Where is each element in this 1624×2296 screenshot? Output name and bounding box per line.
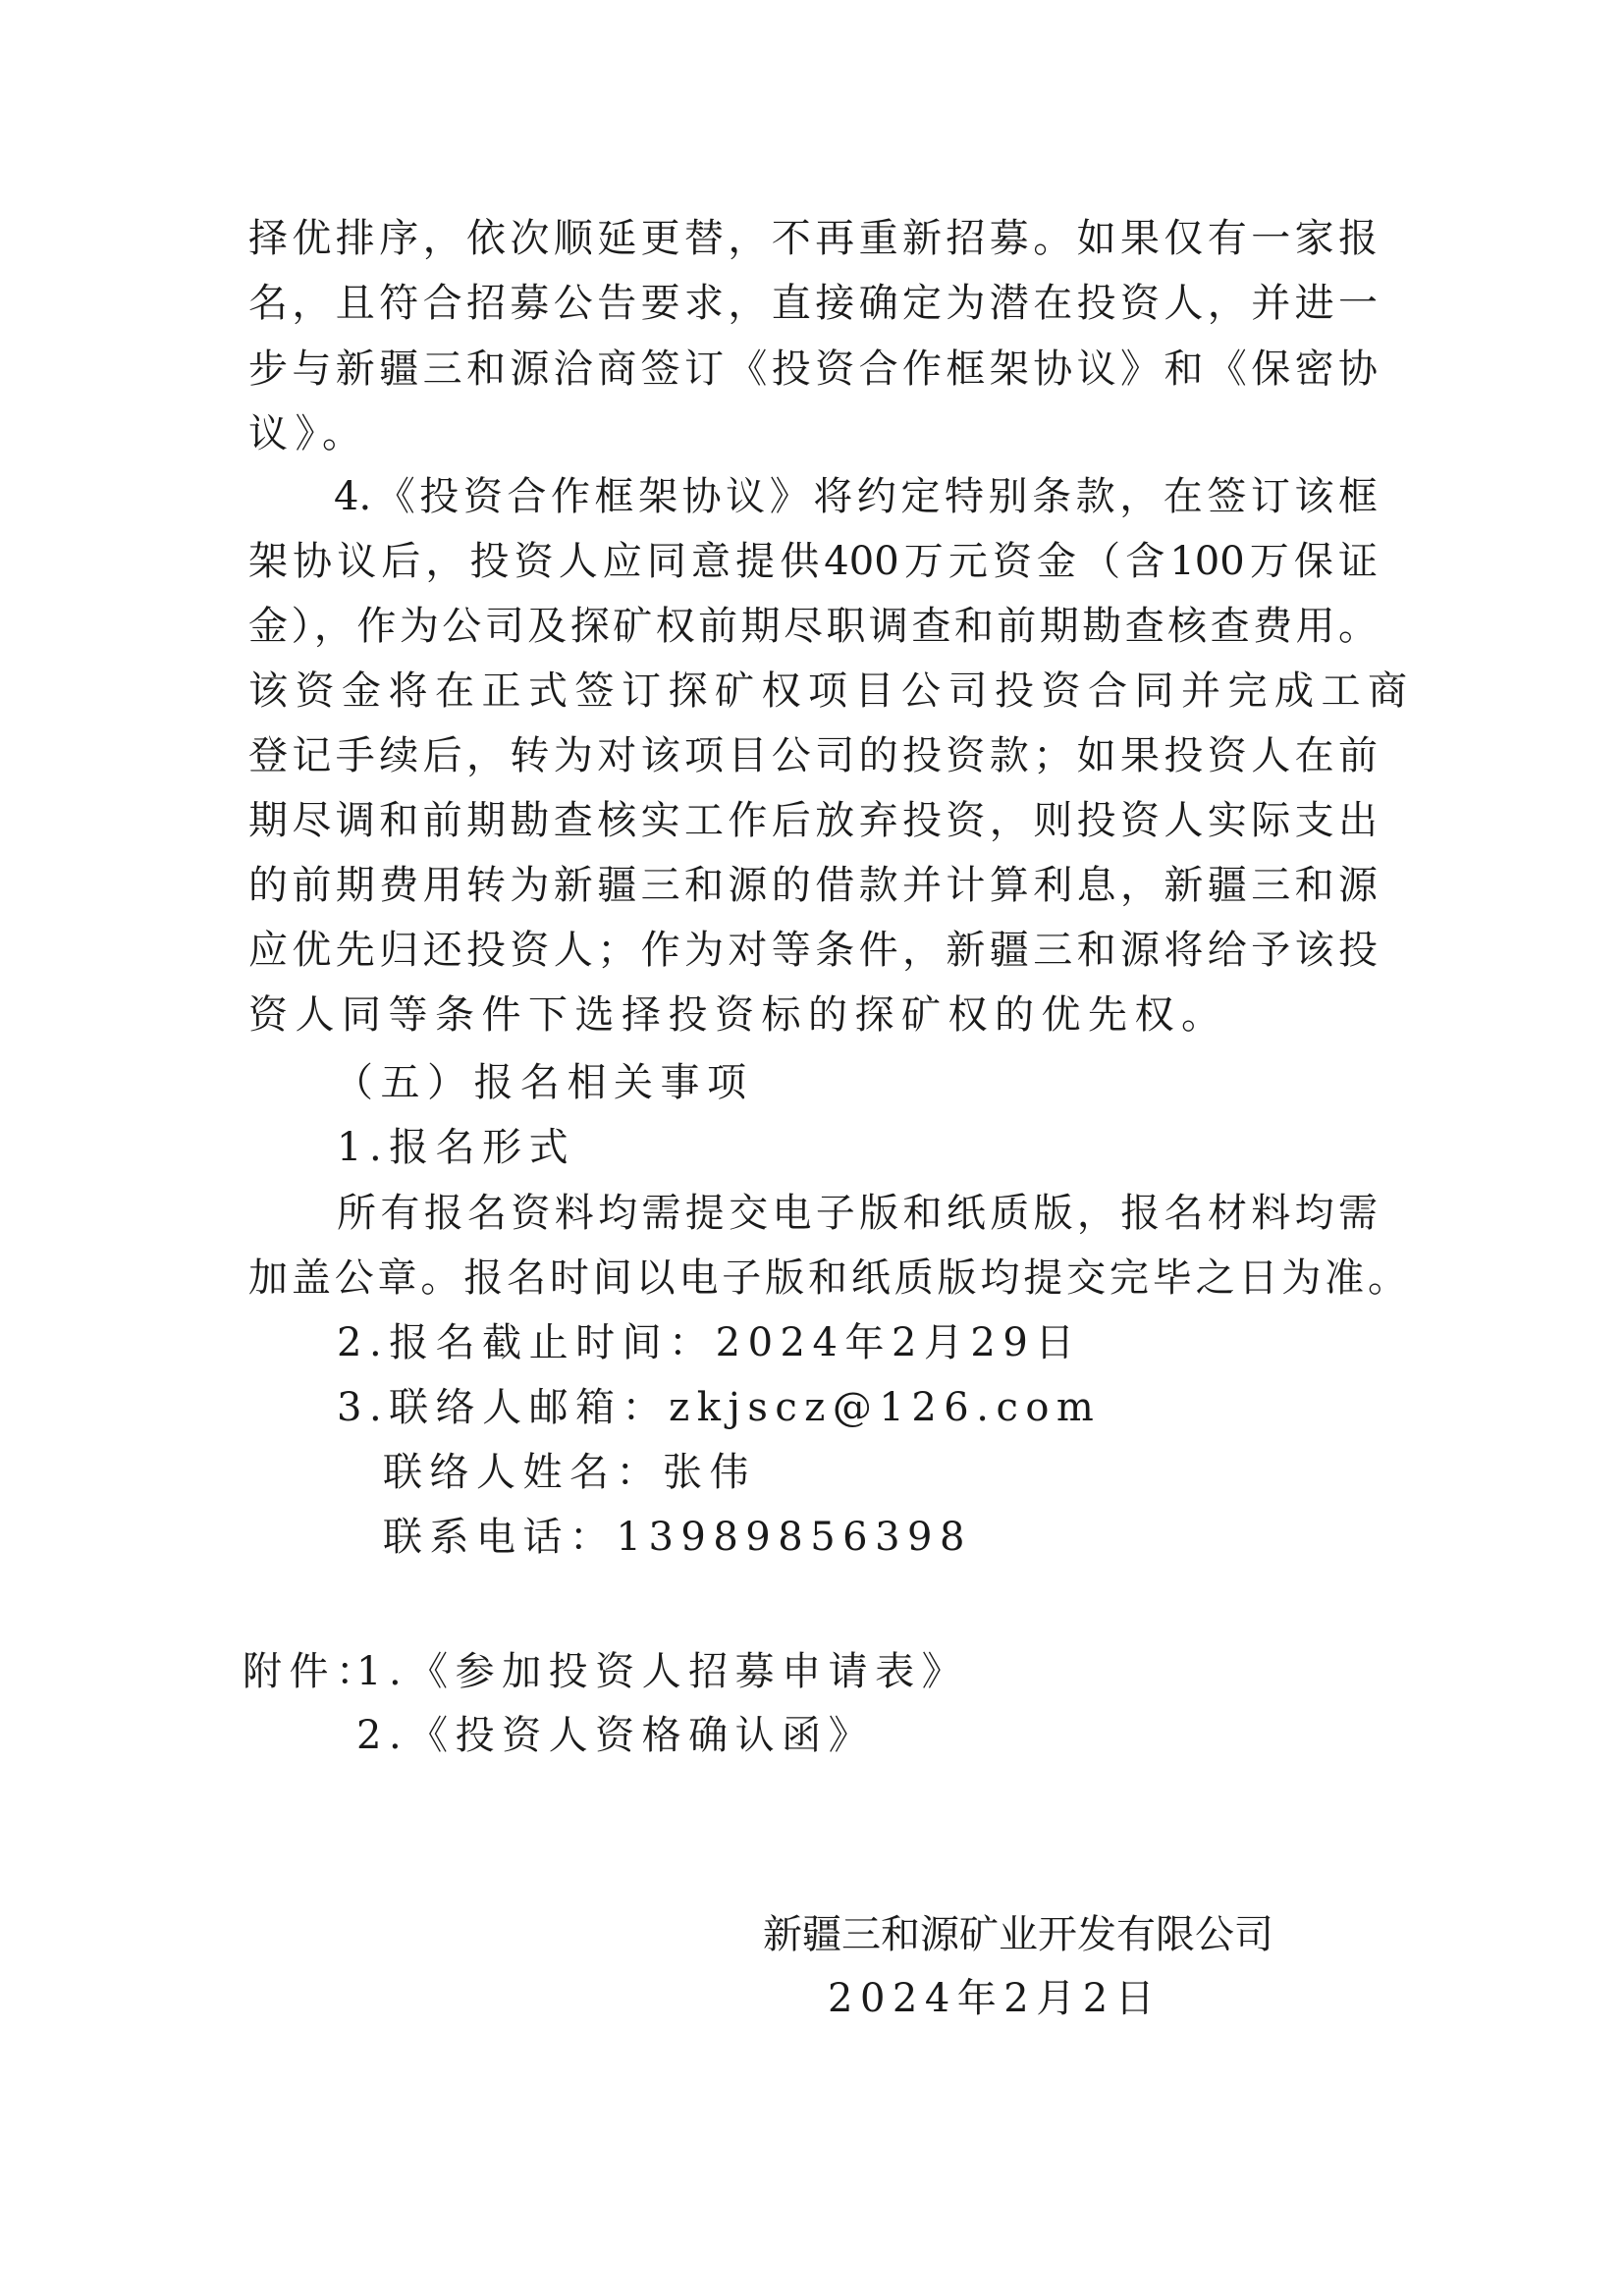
contact-email[interactable]: 3.联络人邮箱：zkjscz@126.com	[337, 1384, 1101, 1431]
paragraph-line: 登记手续后，转为对该项目公司的投资款；如果投资人在前	[248, 732, 1378, 779]
paragraph-line: 名，且符合招募公告要求，直接确定为潜在投资人，并进一	[248, 280, 1378, 327]
paragraph-line: 应优先归还投资人；作为对等条件，新疆三和源将给予该投	[248, 927, 1378, 974]
paragraph-line: 该资金将在正式签订探矿权项目公司投资合同并完成工商	[248, 667, 1415, 715]
document-page: 择优排序，依次顺延更替，不再重新招募。如果仅有一家报 名，且符合招募公告要求，直…	[0, 0, 1624, 2296]
paragraph-line: 架协议后，投资人应同意提供400万元资金（含100万保证	[248, 538, 1378, 585]
contact-phone: 联系电话：13989856398	[383, 1514, 972, 1561]
paragraph-line: 期尽调和前期勘查核实工作后放弃投资，则投资人实际支出	[248, 797, 1378, 844]
attachment-item-1: 1.《参加投资人招募申请表》	[356, 1648, 968, 1695]
item-1-body-line: 加盖公章。报名时间以电子版和纸质版均提交完毕之日为准。	[248, 1255, 1407, 1302]
paragraph-line: 的前期费用转为新疆三和源的借款并计算利息，新疆三和源	[248, 862, 1378, 909]
paragraph-line: 金），作为公司及探矿权前期尽职调查和前期勘查核查费用。	[248, 603, 1378, 650]
paragraph-line: 4.《投资合作框架协议》将约定特别条款，在签订该框	[334, 473, 1378, 520]
paragraph-line: 择优排序，依次顺延更替，不再重新招募。如果仅有一家报	[248, 215, 1378, 262]
section-heading: （五）报名相关事项	[334, 1059, 754, 1106]
attachment-item-2: 2.《投资人资格确认函》	[356, 1712, 875, 1759]
contact-name: 联络人姓名：张伟	[383, 1449, 756, 1496]
item-1-body-line: 所有报名资料均需提交电子版和纸质版，报名材料均需	[337, 1190, 1378, 1237]
registration-deadline: 2.报名截止时间：2024年2月29日	[337, 1319, 1082, 1366]
paragraph-line: 资人同等条件下选择投资标的探矿权的优先权。	[248, 991, 1228, 1039]
signature-company: 新疆三和源矿业开发有限公司	[763, 1911, 1179, 1958]
signature-date: 2024年2月2日	[828, 1975, 1162, 2022]
paragraph-line: 步与新疆三和源洽商签订《投资合作框架协议》和《保密协	[248, 346, 1378, 393]
item-1-title: 1.报名形式	[337, 1124, 575, 1171]
paragraph-line: 议》。	[248, 410, 369, 457]
